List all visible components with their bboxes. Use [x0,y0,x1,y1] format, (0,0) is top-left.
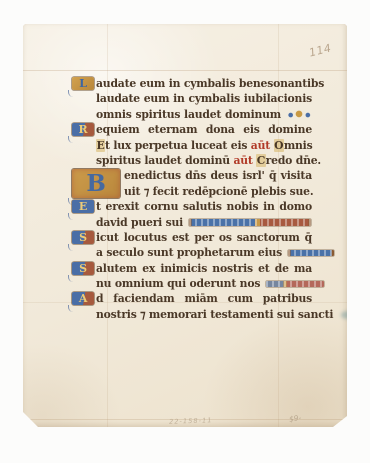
rubric-word: aūt [251,139,270,152]
text-line: S icut locutus est per os sanctorum q̄ [96,230,312,245]
text-line: L audate eum in cymbalis benesonantibs [96,76,312,91]
line-text: d faciendam miām cum patribus [96,291,312,306]
line-text: laudate eum in cymbalis iubilacionis [96,91,312,106]
illuminated-initial-e: E [72,200,94,213]
line-text: spiritus laudet dominū aūt Credo dn̄e. [96,153,321,168]
illuminated-initial-l: L [72,77,94,90]
illuminated-initial-a: A [72,292,94,305]
text-line: R equiem eternam dona eis domine [96,122,312,137]
manuscript-leaf: 114 L audate eum in cymbalis benesonanti… [23,24,347,427]
gilded-versal: E [96,139,105,152]
illuminated-initial-s: S [72,231,94,244]
text-line: B enedictus dn̄s deus isrl' q̄ visita [96,168,312,183]
pencil-folio-number: 114 [307,41,332,59]
line-text: uit ⁊ fecit redēpcionē plebis sue. [124,184,313,199]
ruling-line-horizontal [23,70,347,71]
line-text: audate eum in cymbalis benesonantibs [96,76,324,91]
text-line: E t erexit cornu salutis nobis in domo [96,199,312,214]
text-line: laudate eum in cymbalis iubilacionis [96,91,312,106]
line-text: t erexit cornu salutis nobis in domo [96,199,312,214]
line-text: Et lux perpetua luceat eis aūt Omnis [96,138,312,153]
gilded-versal: C [256,154,265,167]
text-line: Et lux perpetua luceat eis aūt Omnis [96,138,312,153]
line-text: equiem eternam dona eis domine [96,122,312,137]
text-line: uit ⁊ fecit redēpcionē plebis sue. [96,184,312,199]
line-text: alutem ex inimicis nostris et de ma [96,261,312,276]
pencil-inventory-mark: 22-158-11 [169,416,213,426]
text-line: A d faciendam miām cum patribus [96,291,312,306]
line-filler-ornament [286,109,312,120]
illuminated-initial-s: S [72,262,94,275]
text-line: nu omnium qui oderunt nos [96,276,312,291]
line-filler-bar [288,250,334,256]
line-text: enedictus dn̄s deus isrl' q̄ visita [124,168,312,183]
offset-smudge [341,310,370,320]
text-line: omnis spiritus laudet dominum [96,107,312,122]
text-line: a seculo sunt prophetarum eius [96,245,312,260]
line-filler-bar [189,219,311,226]
text-block: L audate eum in cymbalis benesonantibs l… [96,76,312,322]
line-text: nostris ⁊ memorari testamenti sui sancti [96,307,333,322]
line-filler-bar [266,281,324,287]
text-line: david pueri sui [96,215,312,230]
gilded-versal: O [274,139,284,152]
line-text: nu omnium qui oderunt nos [96,276,260,291]
manuscript-photo: 114 L audate eum in cymbalis benesonanti… [0,0,370,463]
illuminated-initial-r: R [72,123,94,136]
line-text: omnis spiritus laudet dominum [96,107,281,122]
text-line: spiritus laudet dominū aūt Credo dn̄e. [96,153,312,168]
line-text: a seculo sunt prophetarum eius [96,245,282,260]
pencil-price-mark: $9- [288,413,302,424]
line-text: icut locutus est per os sanctorum q̄ [96,230,312,245]
text-line: nostris ⁊ memorari testamenti sui sancti [96,307,312,322]
line-text: david pueri sui [96,215,183,230]
rubric-word: aūt [233,154,252,167]
text-line: S alutem ex inimicis nostris et de ma [96,261,312,276]
